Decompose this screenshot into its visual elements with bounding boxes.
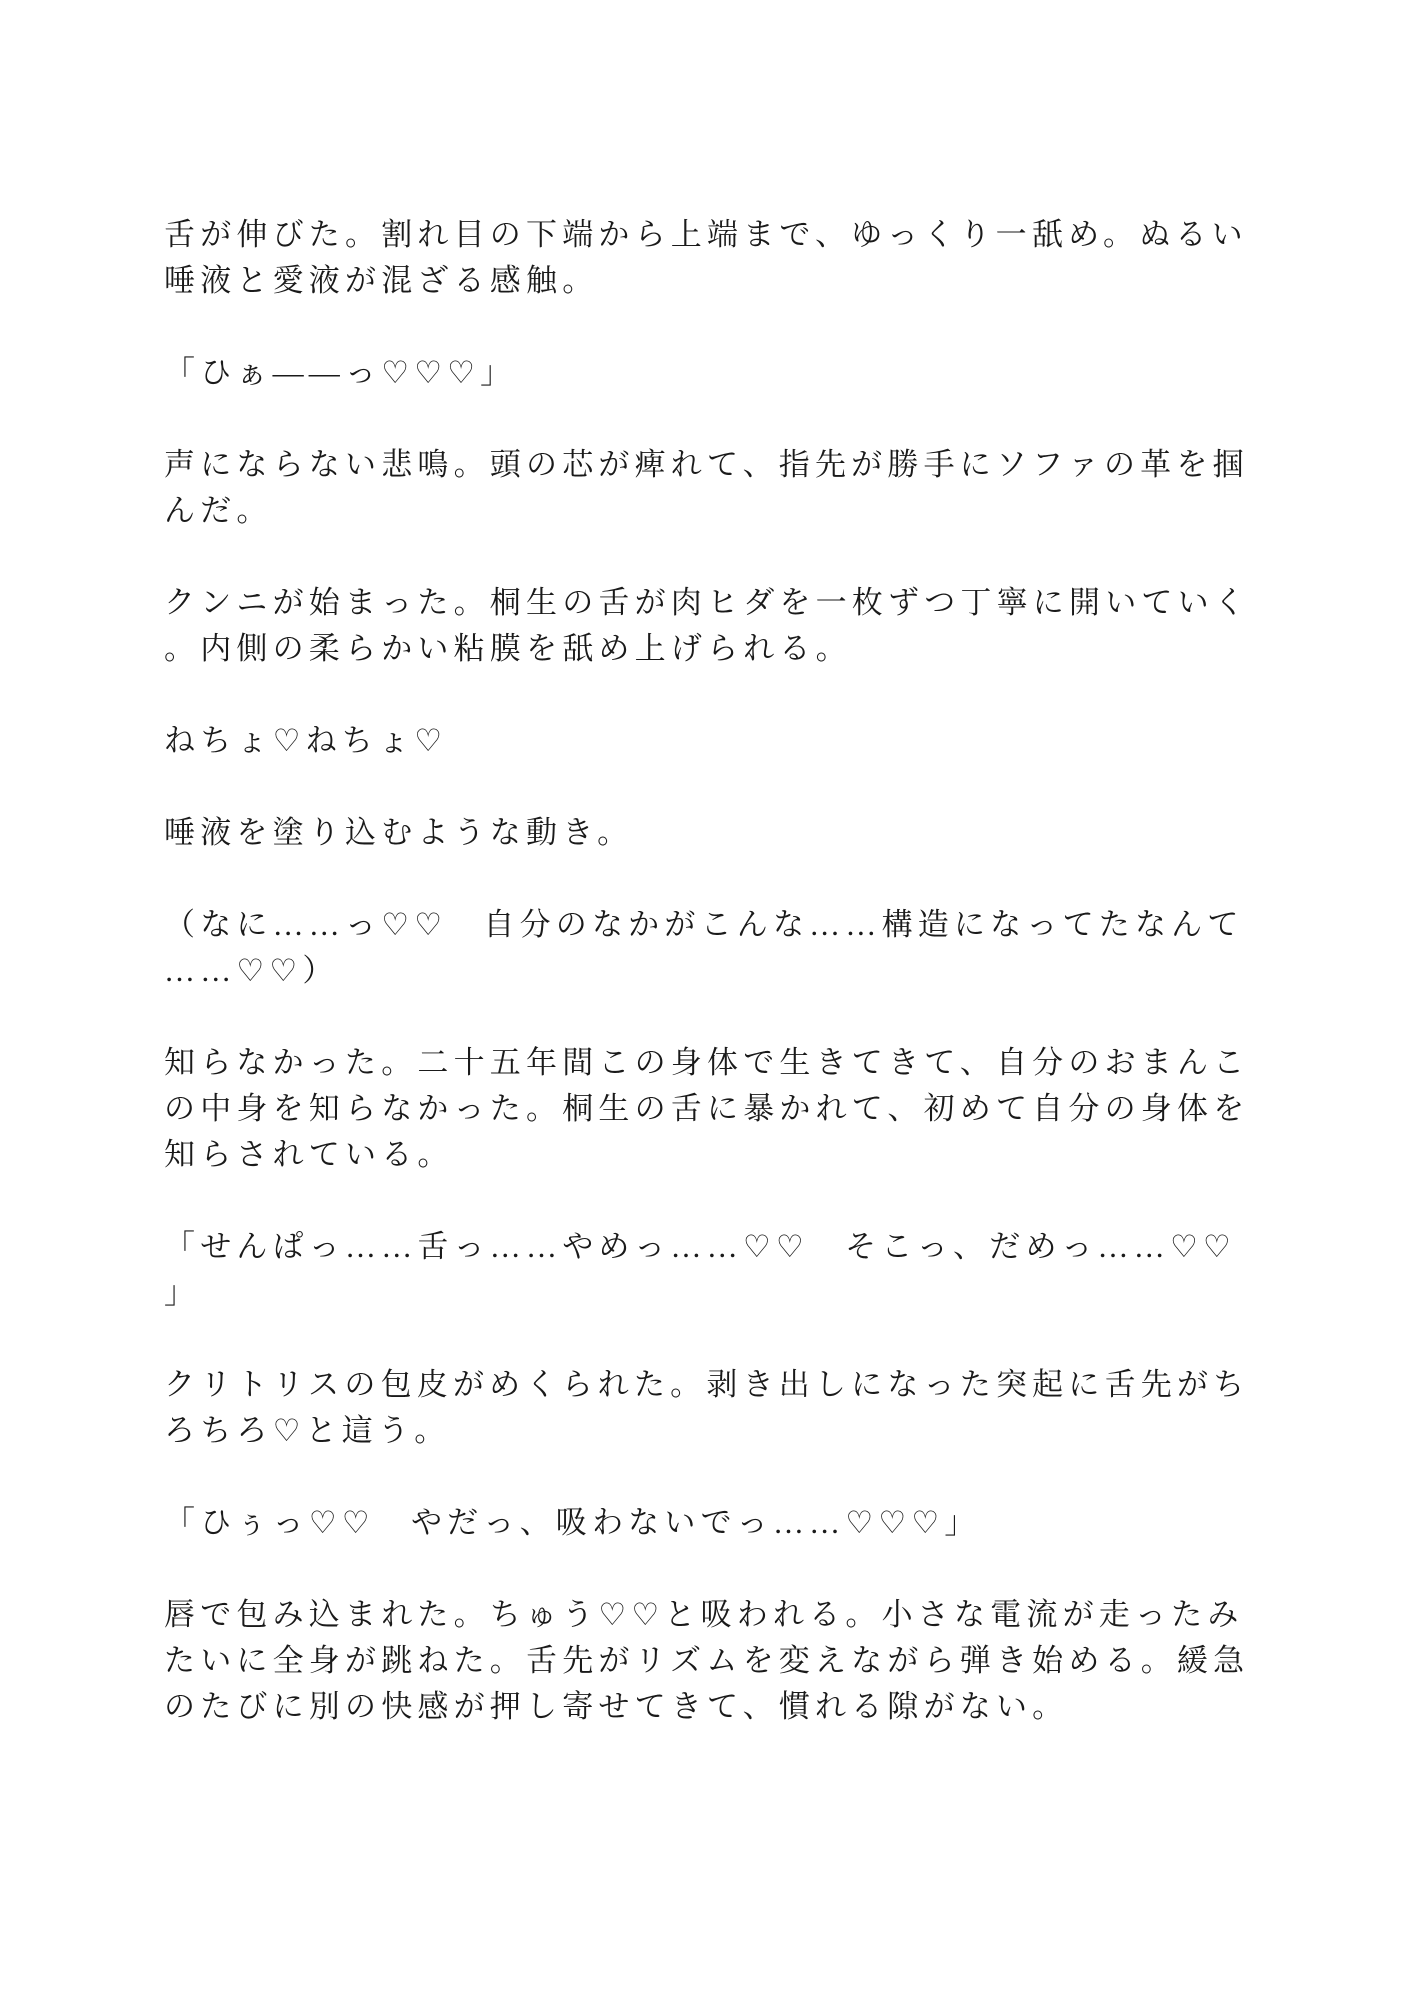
paragraph: 唾液を塗り込むような動き。 [164,810,1264,856]
text-line: 知らされている。 [164,1132,1264,1178]
text-line: 唾液を塗り込むような動き。 [164,810,1264,856]
text-line: の中身を知らなかった。桐生の舌に暴かれて、初めて自分の身体を [164,1086,1264,1132]
text-line: 舌が伸びた。割れ目の下端から上端まで、ゆっくり一舐め。ぬるい [164,212,1264,258]
paragraph: （なに……っ♡♡ 自分のなかがこんな……構造になってたなんて……♡♡） [164,902,1264,994]
prose-text-block: 舌が伸びた。割れ目の下端から上端まで、ゆっくり一舐め。ぬるい唾液と愛液が混ざる感… [164,212,1264,1730]
text-line: （なに……っ♡♡ 自分のなかがこんな……構造になってたなんて [164,902,1264,948]
text-line: 唇で包み込まれた。ちゅう♡♡と吸われる。小さな電流が走ったみ [164,1592,1264,1638]
document-page: 舌が伸びた。割れ目の下端から上端まで、ゆっくり一舐め。ぬるい唾液と愛液が混ざる感… [0,0,1415,2000]
paragraph: 唇で包み込まれた。ちゅう♡♡と吸われる。小さな電流が走ったみたいに全身が跳ねた。… [164,1592,1264,1730]
text-line: 声にならない悲鳴。頭の芯が痺れて、指先が勝手にソファの革を掴 [164,442,1264,488]
text-line: クリトリスの包皮がめくられた。剥き出しになった突起に舌先がち [164,1362,1264,1408]
paragraph: 知らなかった。二十五年間この身体で生きてきて、自分のおまんこの中身を知らなかった… [164,1040,1264,1178]
paragraph: ねちょ♡ねちょ♡ [164,718,1264,764]
text-line: 「ひぁ――っ♡♡♡」 [164,350,1264,396]
text-line: のたびに別の快感が押し寄せてきて、慣れる隙がない。 [164,1684,1264,1730]
text-line: たいに全身が跳ねた。舌先がリズムを変えながら弾き始める。緩急 [164,1638,1264,1684]
text-line: ろちろ♡と這う。 [164,1408,1264,1454]
text-line: ねちょ♡ねちょ♡ [164,718,1264,764]
text-line: ……♡♡） [164,948,1264,994]
text-line: 唾液と愛液が混ざる感触。 [164,258,1264,304]
paragraph: 「ひぁ――っ♡♡♡」 [164,350,1264,396]
paragraph: クリトリスの包皮がめくられた。剥き出しになった突起に舌先がちろちろ♡と這う。 [164,1362,1264,1454]
text-line: 知らなかった。二十五年間この身体で生きてきて、自分のおまんこ [164,1040,1264,1086]
paragraph: クンニが始まった。桐生の舌が肉ヒダを一枚ずつ丁寧に開いていく。内側の柔らかい粘膜… [164,580,1264,672]
text-line: クンニが始まった。桐生の舌が肉ヒダを一枚ずつ丁寧に開いていく [164,580,1264,626]
text-line: 。内側の柔らかい粘膜を舐め上げられる。 [164,626,1264,672]
paragraph: 声にならない悲鳴。頭の芯が痺れて、指先が勝手にソファの革を掴んだ。 [164,442,1264,534]
paragraph: 「せんぱっ……舌っ……やめっ……♡♡ そこっ、だめっ……♡♡」 [164,1224,1264,1316]
text-line: 」 [164,1270,1264,1316]
text-line: 「せんぱっ……舌っ……やめっ……♡♡ そこっ、だめっ……♡♡ [164,1224,1264,1270]
paragraph: 舌が伸びた。割れ目の下端から上端まで、ゆっくり一舐め。ぬるい唾液と愛液が混ざる感… [164,212,1264,304]
text-line: んだ。 [164,488,1264,534]
paragraph: 「ひぅっ♡♡ やだっ、吸わないでっ……♡♡♡」 [164,1500,1264,1546]
text-line: 「ひぅっ♡♡ やだっ、吸わないでっ……♡♡♡」 [164,1500,1264,1546]
